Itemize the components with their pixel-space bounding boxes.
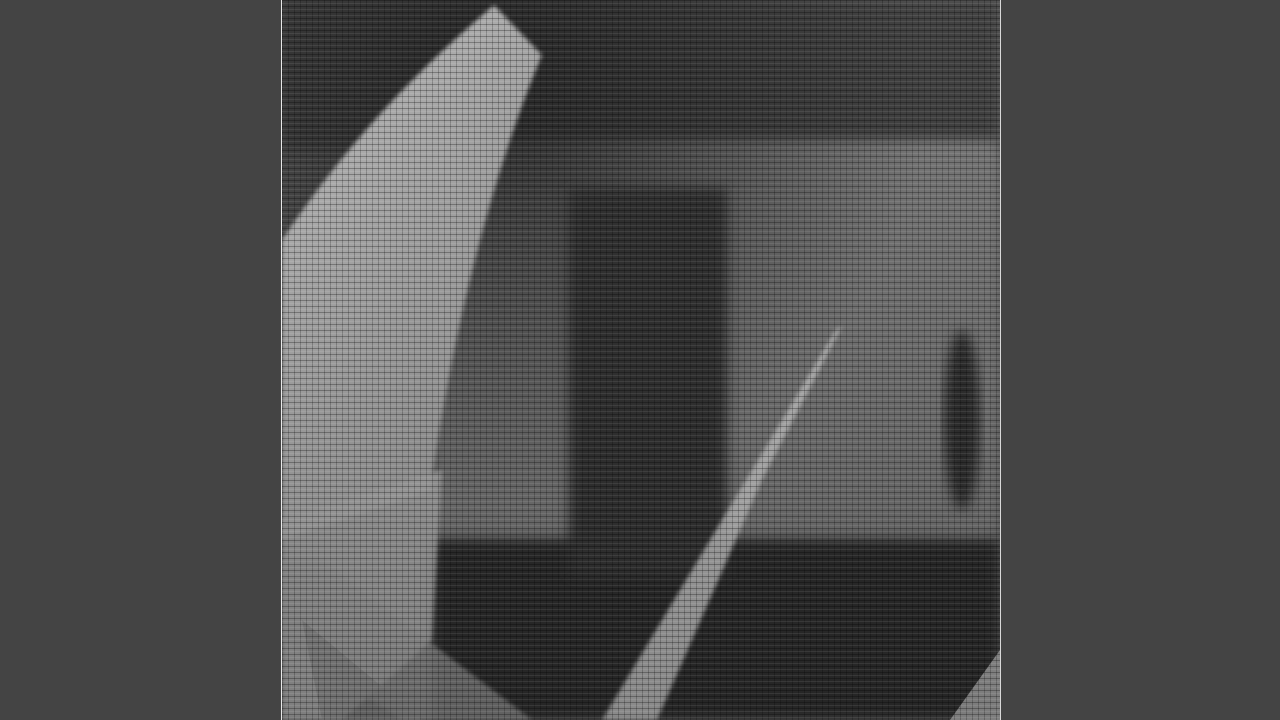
image-rendering [282, 0, 1000, 720]
xray-canvas-image [281, 0, 1001, 720]
